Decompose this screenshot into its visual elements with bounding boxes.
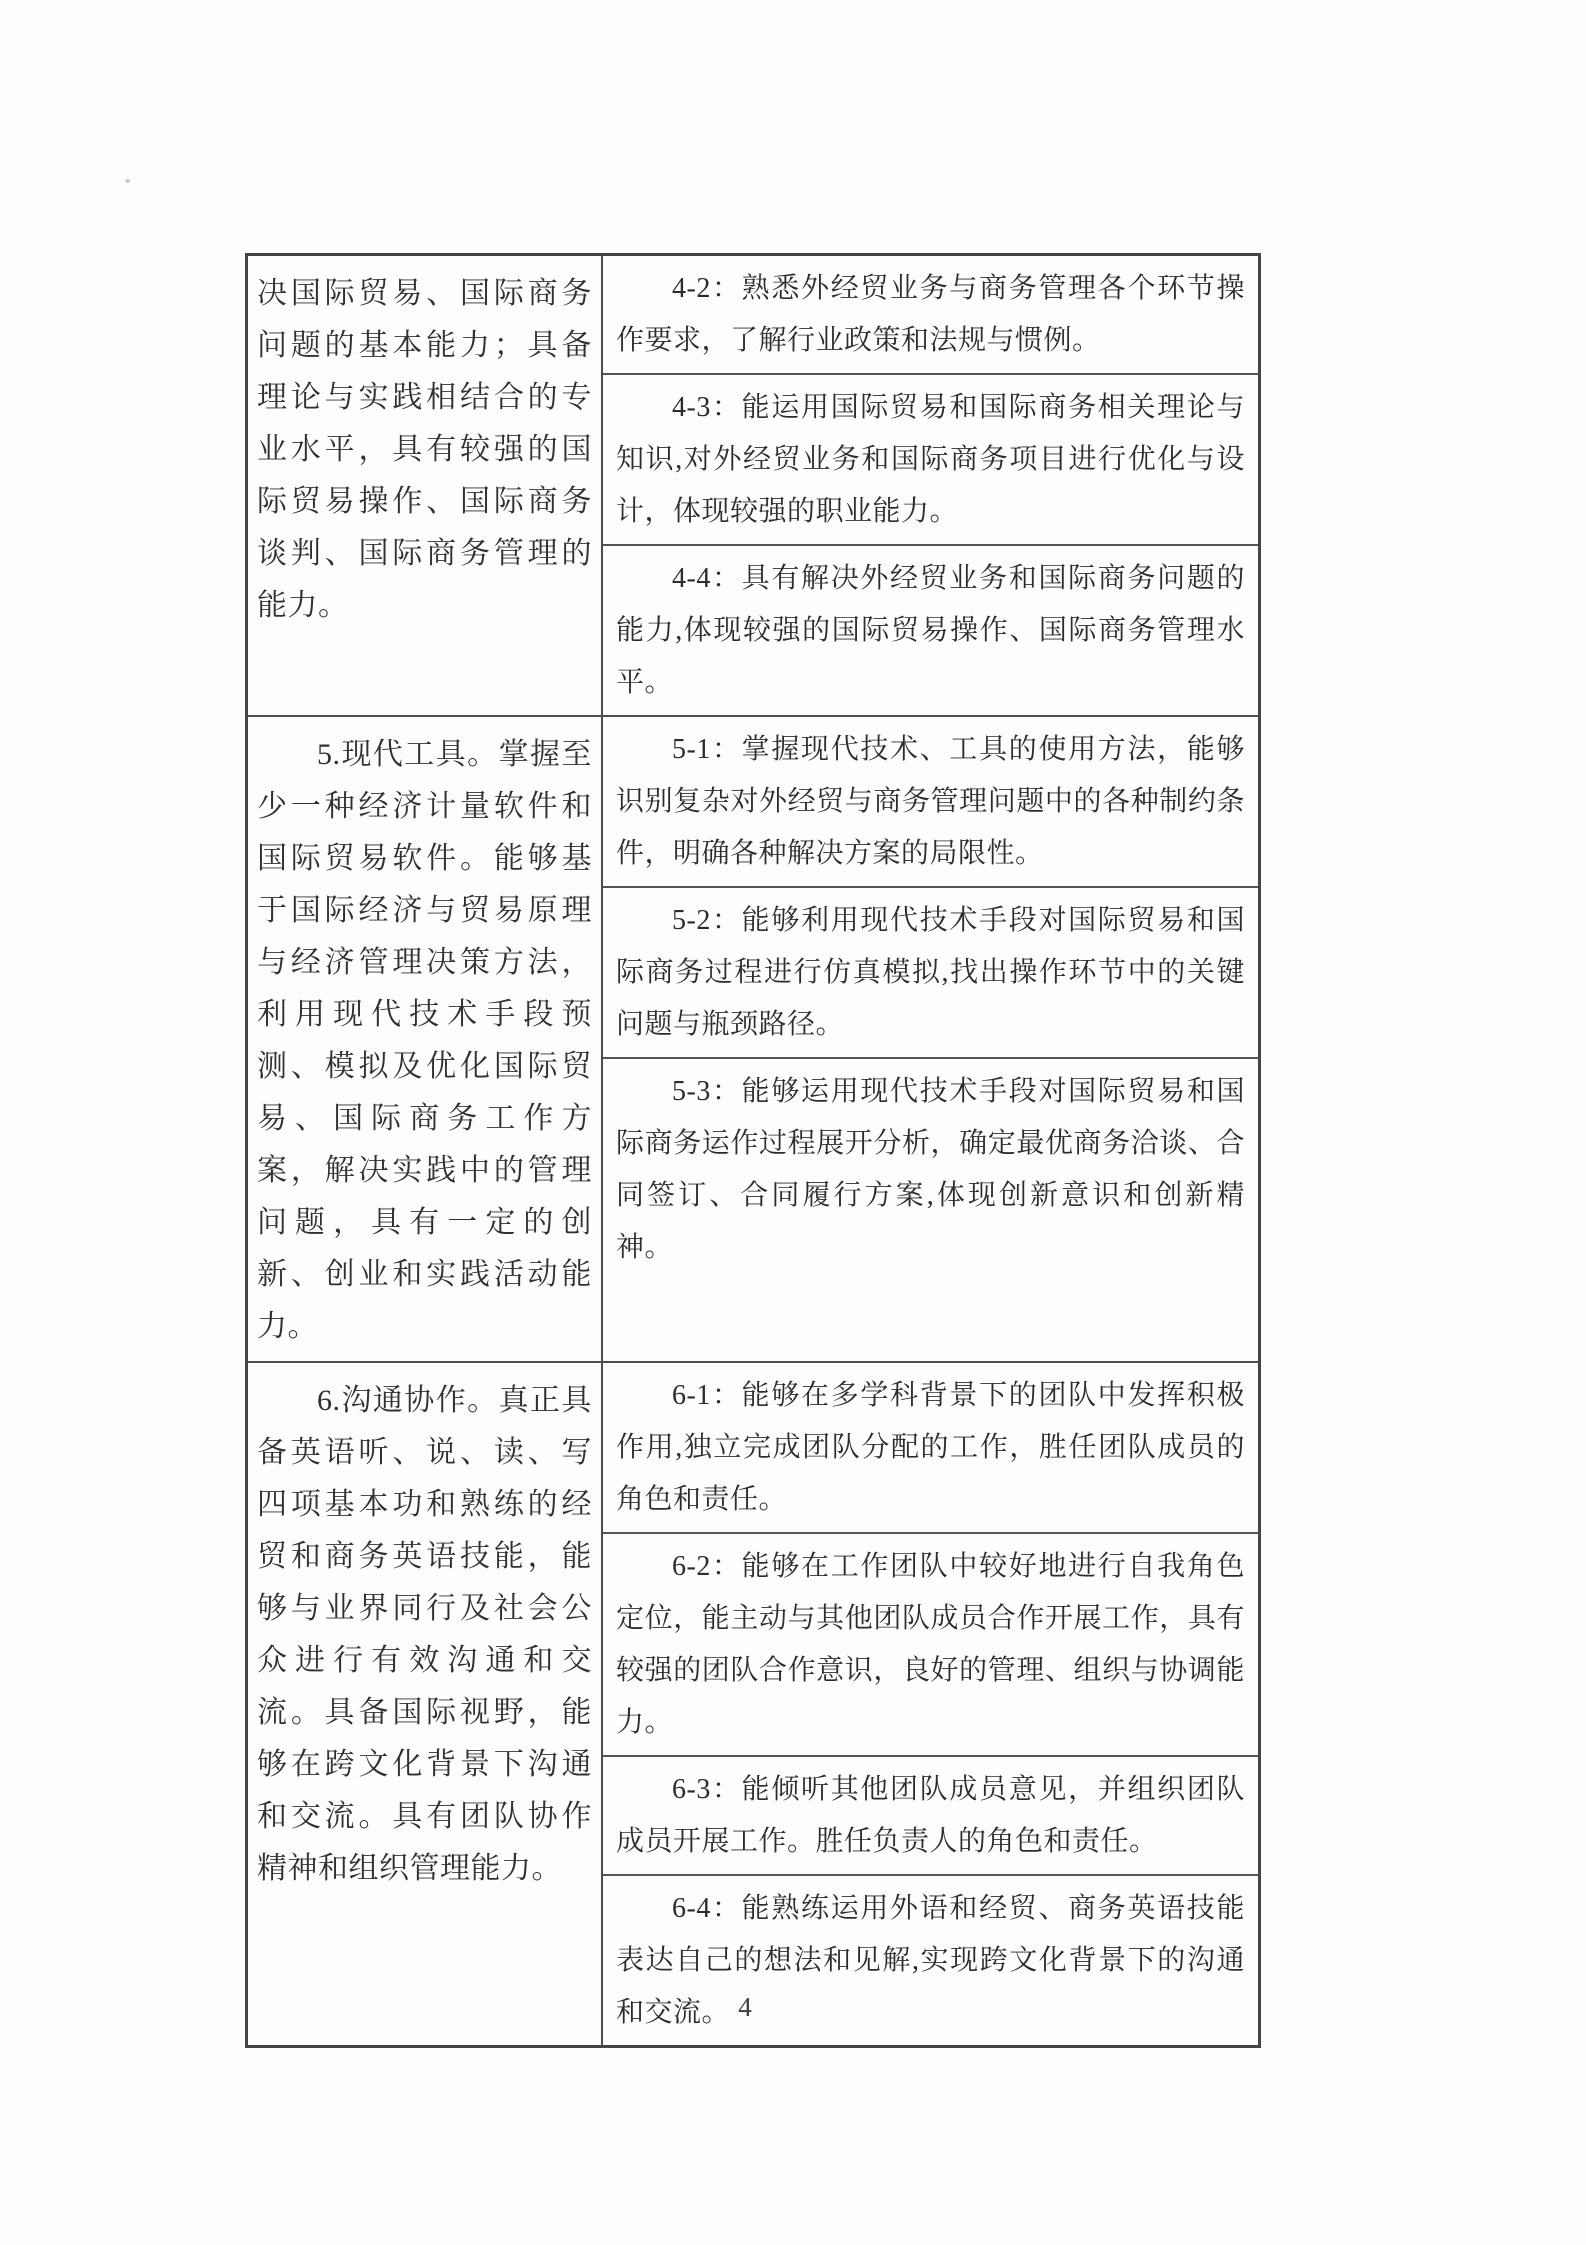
objective-cell-6: 6.沟通协作。真正具备英语听、说、读、写四项基本功和熟练的经贸和商务英语技能，能… [248, 1363, 603, 2045]
requirement-text-5-2: 5-2：能够利用现代技术手段对国际贸易和国际商务过程进行仿真模拟,找出操作环节中… [616, 895, 1245, 1051]
requirements-column-4: 4-2：熟悉外经贸业务与商务管理各个环节操作要求，了解行业政策和法规与惯例。 4… [603, 256, 1258, 715]
requirement-text-5-1: 5-1：掌握现代技术、工具的使用方法，能够识别复杂对外经贸与商务管理问题中的各种… [616, 724, 1245, 880]
table-section-5: 5.现代工具。掌握至少一种经济计量软件和国际贸易软件。能够基于国际经济与贸易原理… [248, 715, 1258, 1361]
requirement-text-6-3: 6-3：能倾听其他团队成员意见，并组织团队成员开展工作。胜任负责人的角色和责任。 [616, 1764, 1245, 1868]
requirement-cell-4-3: 4-3：能运用国际贸易和国际商务相关理论与知识,对外经贸业务和国际商务项目进行优… [603, 373, 1258, 544]
requirement-text-6-1: 6-1：能够在多学科背景下的团队中发挥积极作用,独立完成团队分配的工作，胜任团队… [616, 1370, 1245, 1526]
requirement-cell-4-2: 4-2：熟悉外经贸业务与商务管理各个环节操作要求，了解行业政策和法规与惯例。 [603, 256, 1258, 373]
objective-cell-5: 5.现代工具。掌握至少一种经济计量软件和国际贸易软件。能够基于国际经济与贸易原理… [248, 717, 603, 1361]
scan-speck [125, 179, 130, 183]
requirement-text-4-4: 4-4：具有解决外经贸业务和国际商务问题的能力,体现较强的国际贸易操作、国际商务… [616, 553, 1245, 709]
objective-cell-4: 决国际贸易、国际商务问题的基本能力；具备理论与实践相结合的专业水平，具有较强的国… [248, 256, 603, 715]
objective-text-6: 6.沟通协作。真正具备英语听、说、读、写四项基本功和熟练的经贸和商务英语技能，能… [257, 1375, 592, 1895]
objectives-table: 决国际贸易、国际商务问题的基本能力；具备理论与实践相结合的专业水平，具有较强的国… [245, 253, 1261, 2048]
requirements-column-6: 6-1：能够在多学科背景下的团队中发挥积极作用,独立完成团队分配的工作，胜任团队… [603, 1363, 1258, 2045]
requirement-text-6-2: 6-2：能够在工作团队中较好地进行自我角色定位，能主动与其他团队成员合作开展工作… [616, 1541, 1245, 1749]
requirement-cell-5-2: 5-2：能够利用现代技术手段对国际贸易和国际商务过程进行仿真模拟,找出操作环节中… [603, 886, 1258, 1057]
requirements-column-5: 5-1：掌握现代技术、工具的使用方法，能够识别复杂对外经贸与商务管理问题中的各种… [603, 717, 1258, 1361]
requirement-cell-4-4: 4-4：具有解决外经贸业务和国际商务问题的能力,体现较强的国际贸易操作、国际商务… [603, 544, 1258, 715]
requirement-text-4-2: 4-2：熟悉外经贸业务与商务管理各个环节操作要求，了解行业政策和法规与惯例。 [616, 263, 1245, 367]
requirement-cell-5-1: 5-1：掌握现代技术、工具的使用方法，能够识别复杂对外经贸与商务管理问题中的各种… [603, 717, 1258, 886]
table-section-6: 6.沟通协作。真正具备英语听、说、读、写四项基本功和熟练的经贸和商务英语技能，能… [248, 1361, 1258, 2045]
requirement-cell-5-3: 5-3：能够运用现代技术手段对国际贸易和国际商务运作过程展开分析，确定最优商务洽… [603, 1057, 1258, 1361]
requirement-text-4-3: 4-3：能运用国际贸易和国际商务相关理论与知识,对外经贸业务和国际商务项目进行优… [616, 382, 1245, 538]
requirement-cell-6-3: 6-3：能倾听其他团队成员意见，并组织团队成员开展工作。胜任负责人的角色和责任。 [603, 1755, 1258, 1874]
objective-text-5: 5.现代工具。掌握至少一种经济计量软件和国际贸易软件。能够基于国际经济与贸易原理… [257, 729, 592, 1353]
table-section-4: 决国际贸易、国际商务问题的基本能力；具备理论与实践相结合的专业水平，具有较强的国… [248, 256, 1258, 715]
page-number: 4 [700, 1992, 790, 2023]
requirement-text-5-3: 5-3：能够运用现代技术手段对国际贸易和国际商务运作过程展开分析，确定最优商务洽… [616, 1066, 1245, 1274]
requirement-cell-6-2: 6-2：能够在工作团队中较好地进行自我角色定位，能主动与其他团队成员合作开展工作… [603, 1532, 1258, 1755]
document-page: 决国际贸易、国际商务问题的基本能力；具备理论与实践相结合的专业水平，具有较强的国… [0, 0, 1586, 2245]
objective-text-4: 决国际贸易、国际商务问题的基本能力；具备理论与实践相结合的专业水平，具有较强的国… [257, 268, 592, 632]
requirement-cell-6-1: 6-1：能够在多学科背景下的团队中发挥积极作用,独立完成团队分配的工作，胜任团队… [603, 1363, 1258, 1532]
